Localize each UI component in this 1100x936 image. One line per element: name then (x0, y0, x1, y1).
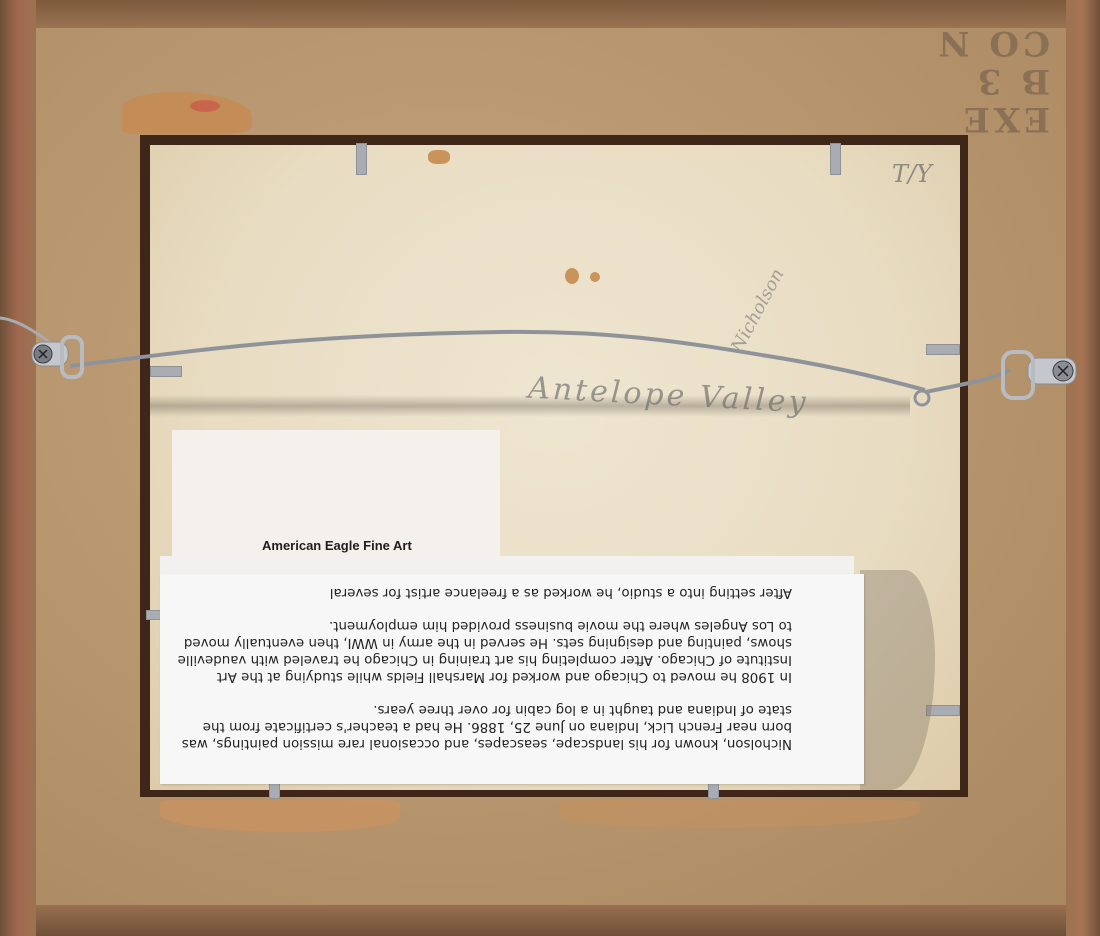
red-stain (190, 100, 220, 112)
frame-stamp: EXE B 3 CO N (860, 28, 1050, 138)
frame-edge-left (0, 0, 36, 936)
retaining-clip (926, 344, 960, 355)
retaining-clip (830, 143, 841, 175)
stain (428, 150, 450, 164)
pencil-corner-mark: T/Y (892, 160, 932, 188)
bio-paragraph: In 1908 he moved to Chicago and worked f… (172, 617, 792, 685)
bio-paragraph: Nicholson, known for his landscape, seas… (172, 701, 792, 752)
gallery-name: American Eagle Fine Art (262, 538, 412, 553)
stamp-line: B 3 (860, 62, 1050, 100)
stamp-line: CO N (860, 24, 1050, 62)
stain (565, 268, 579, 284)
retaining-clip (356, 143, 367, 175)
stamp-line: EXE (860, 100, 1050, 138)
bio-paragraph: After setting into a studio, he worked a… (172, 584, 792, 601)
retaining-clip (150, 366, 182, 377)
frame-edge-right (1066, 0, 1100, 936)
biography-text: Nicholson, known for his landscape, seas… (172, 568, 792, 752)
stain (590, 272, 600, 282)
frame-edge-bottom (0, 905, 1100, 936)
